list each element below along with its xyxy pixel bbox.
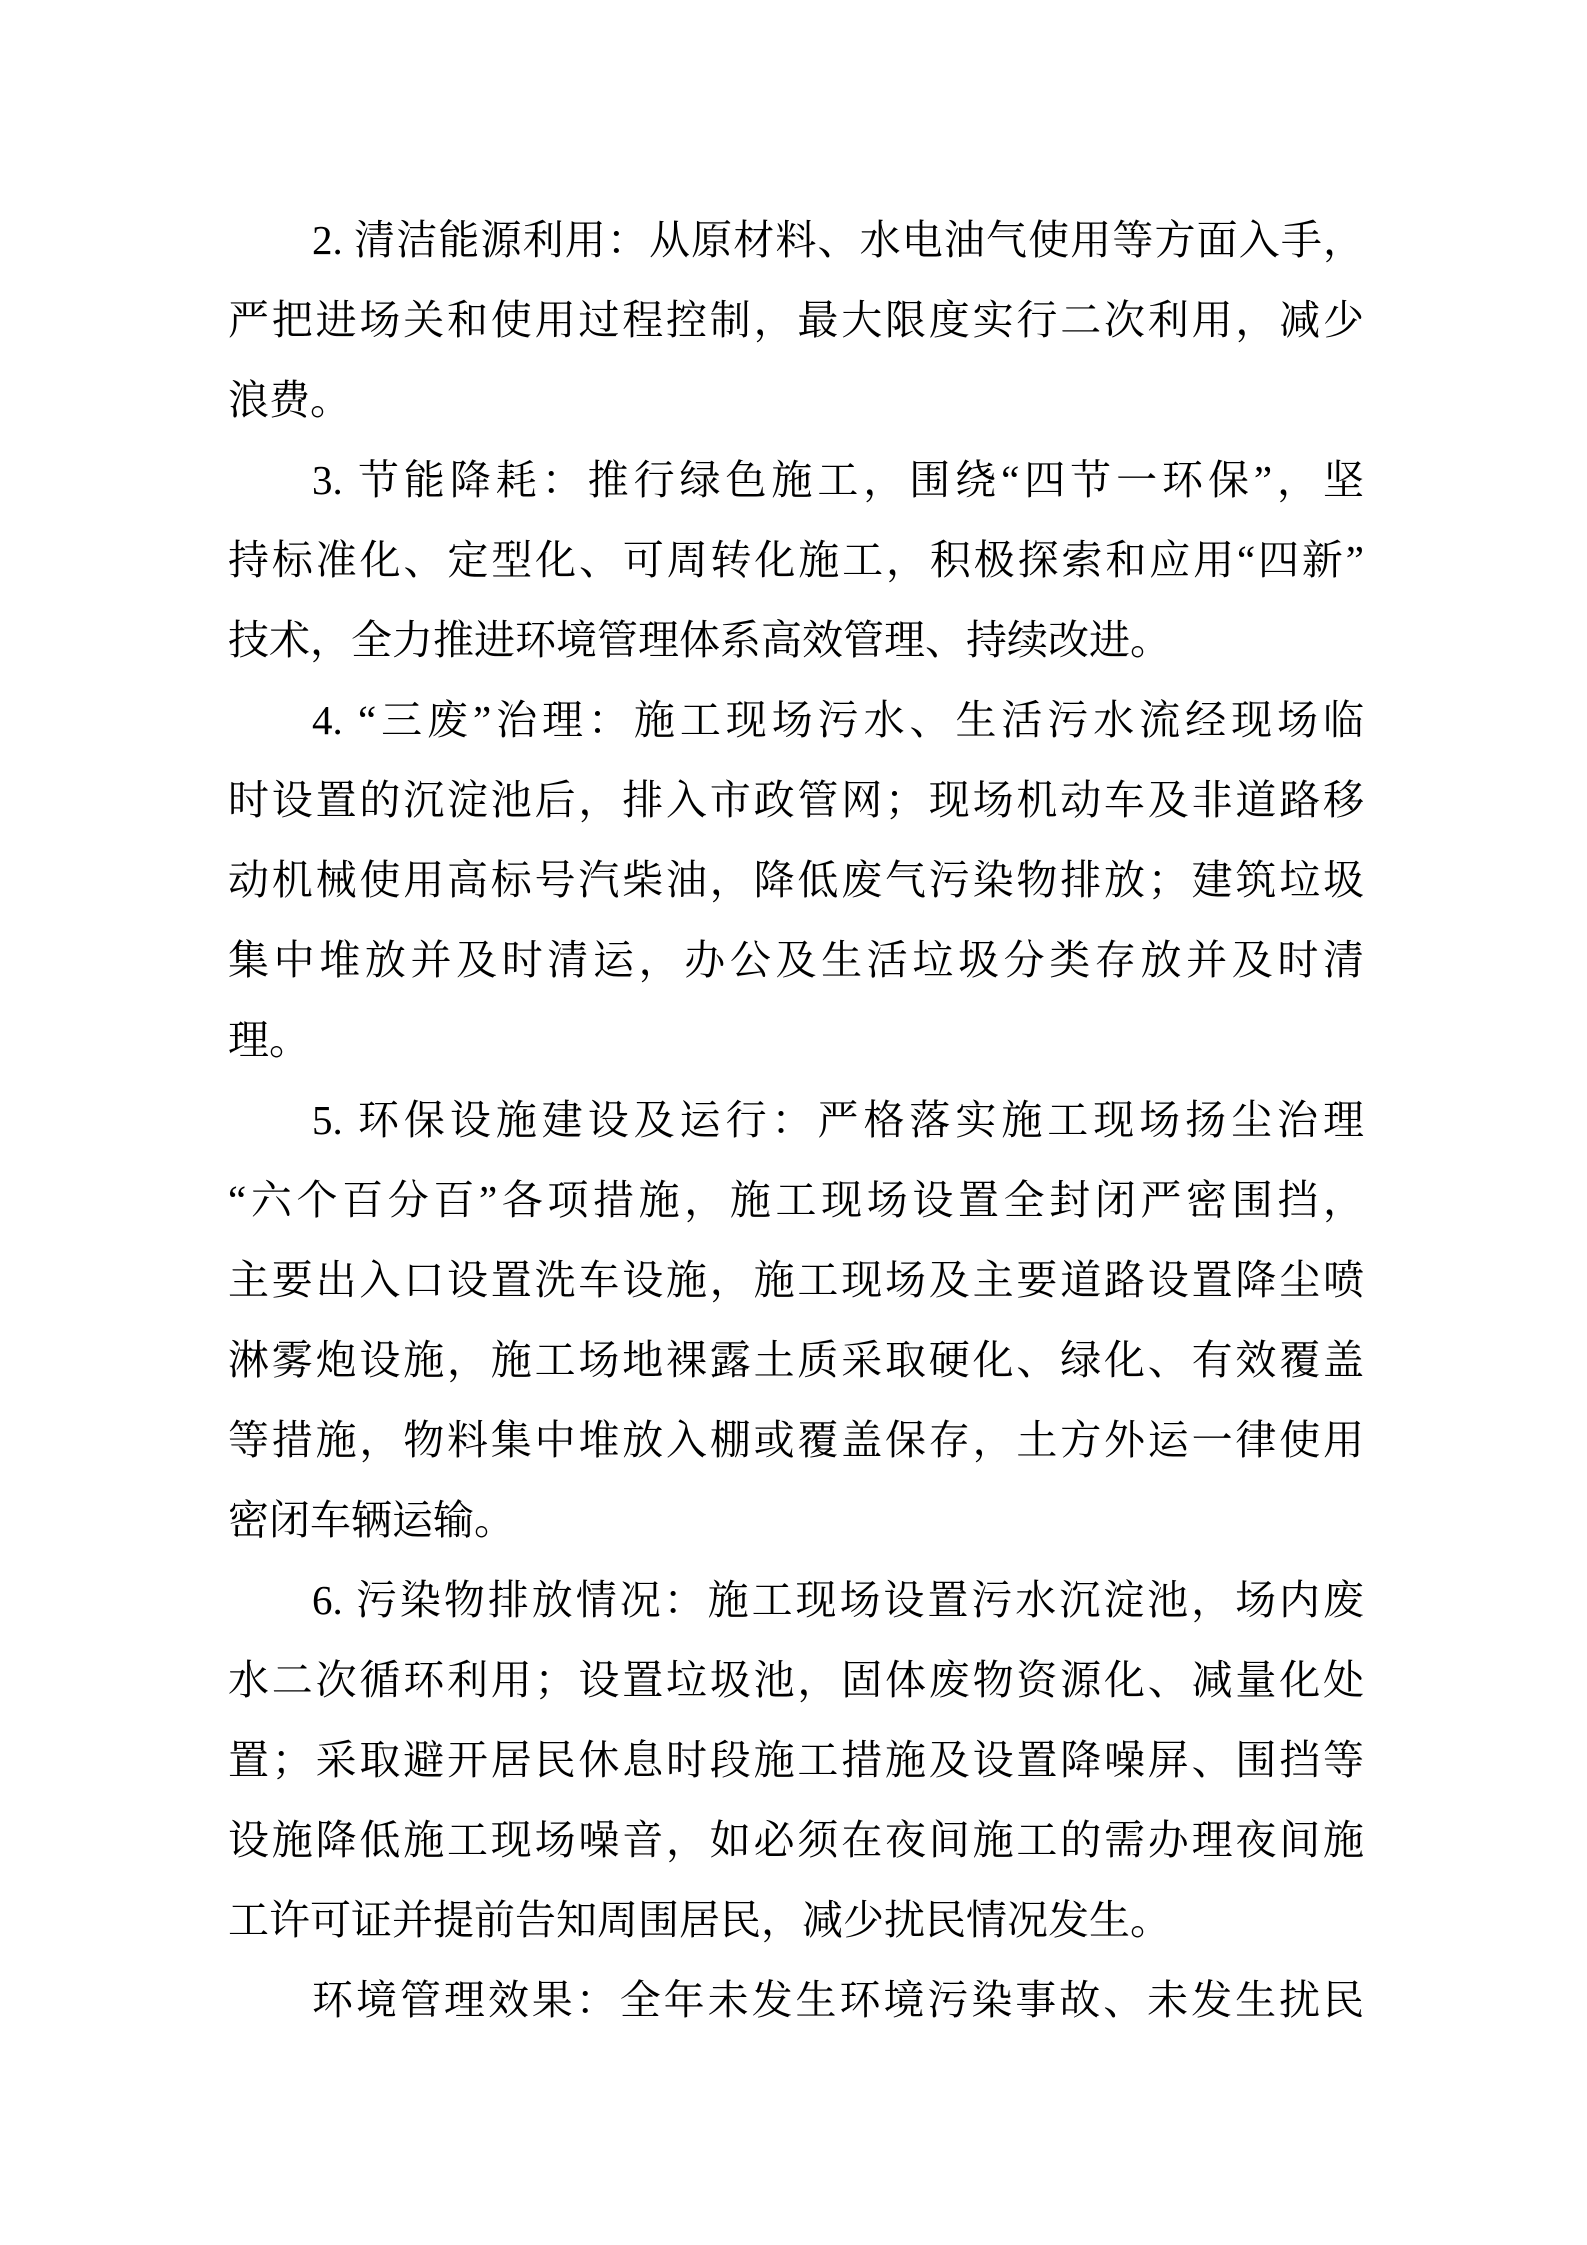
text-line: 水二次循环利用；设置垃圾池，固体废物资源化、减量化处 [228, 1640, 1364, 1720]
text-line: 环境管理效果：全年未发生环境污染事故、未发生扰民 [228, 1960, 1364, 2040]
text-line: 严把进场关和使用过程控制，最大限度实行二次利用，减少 [228, 280, 1364, 360]
text-line: 理。 [228, 1000, 1364, 1080]
text-line: 浪费。 [228, 360, 1364, 440]
text-line: “六个百分百”各项措施，施工现场设置全封闭严密围挡， [228, 1160, 1364, 1240]
text-line: 6. 污染物排放情况：施工现场设置污水沉淀池，场内废 [228, 1560, 1364, 1640]
document-page: 2. 清洁能源利用：从原材料、水电油气使用等方面入手， 严把进场关和使用过程控制… [0, 0, 1587, 2245]
text-line: 主要出入口设置洗车设施，施工现场及主要道路设置降尘喷 [228, 1240, 1364, 1320]
text-line: 5. 环保设施建设及运行：严格落实施工现场扬尘治理 [228, 1080, 1364, 1160]
text-line: 设施降低施工现场噪音，如必须在夜间施工的需办理夜间施 [228, 1800, 1364, 1880]
document-text-block: 2. 清洁能源利用：从原材料、水电油气使用等方面入手， 严把进场关和使用过程控制… [228, 200, 1364, 2040]
text-line: 工许可证并提前告知周围居民，减少扰民情况发生。 [228, 1880, 1364, 1960]
text-line: 置；采取避开居民休息时段施工措施及设置降噪屏、围挡等 [228, 1720, 1364, 1800]
text-line: 等措施，物料集中堆放入棚或覆盖保存，土方外运一律使用 [228, 1400, 1364, 1480]
text-line: 密闭车辆运输。 [228, 1480, 1364, 1560]
text-line: 技术，全力推进环境管理体系高效管理、持续改进。 [228, 600, 1364, 680]
text-line: 时设置的沉淀池后，排入市政管网；现场机动车及非道路移 [228, 760, 1364, 840]
text-line: 2. 清洁能源利用：从原材料、水电油气使用等方面入手， [228, 200, 1364, 280]
text-line: 持标准化、定型化、可周转化施工，积极探索和应用“四新” [228, 520, 1364, 600]
text-line: 4. “三废”治理：施工现场污水、生活污水流经现场临 [228, 680, 1364, 760]
text-line: 动机械使用高标号汽柴油，降低废气污染物排放；建筑垃圾 [228, 840, 1364, 920]
text-line: 淋雾炮设施，施工场地裸露土质采取硬化、绿化、有效覆盖 [228, 1320, 1364, 1400]
text-line: 3. 节能降耗：推行绿色施工，围绕“四节一环保”，坚 [228, 440, 1364, 520]
text-line: 集中堆放并及时清运，办公及生活垃圾分类存放并及时清 [228, 920, 1364, 1000]
